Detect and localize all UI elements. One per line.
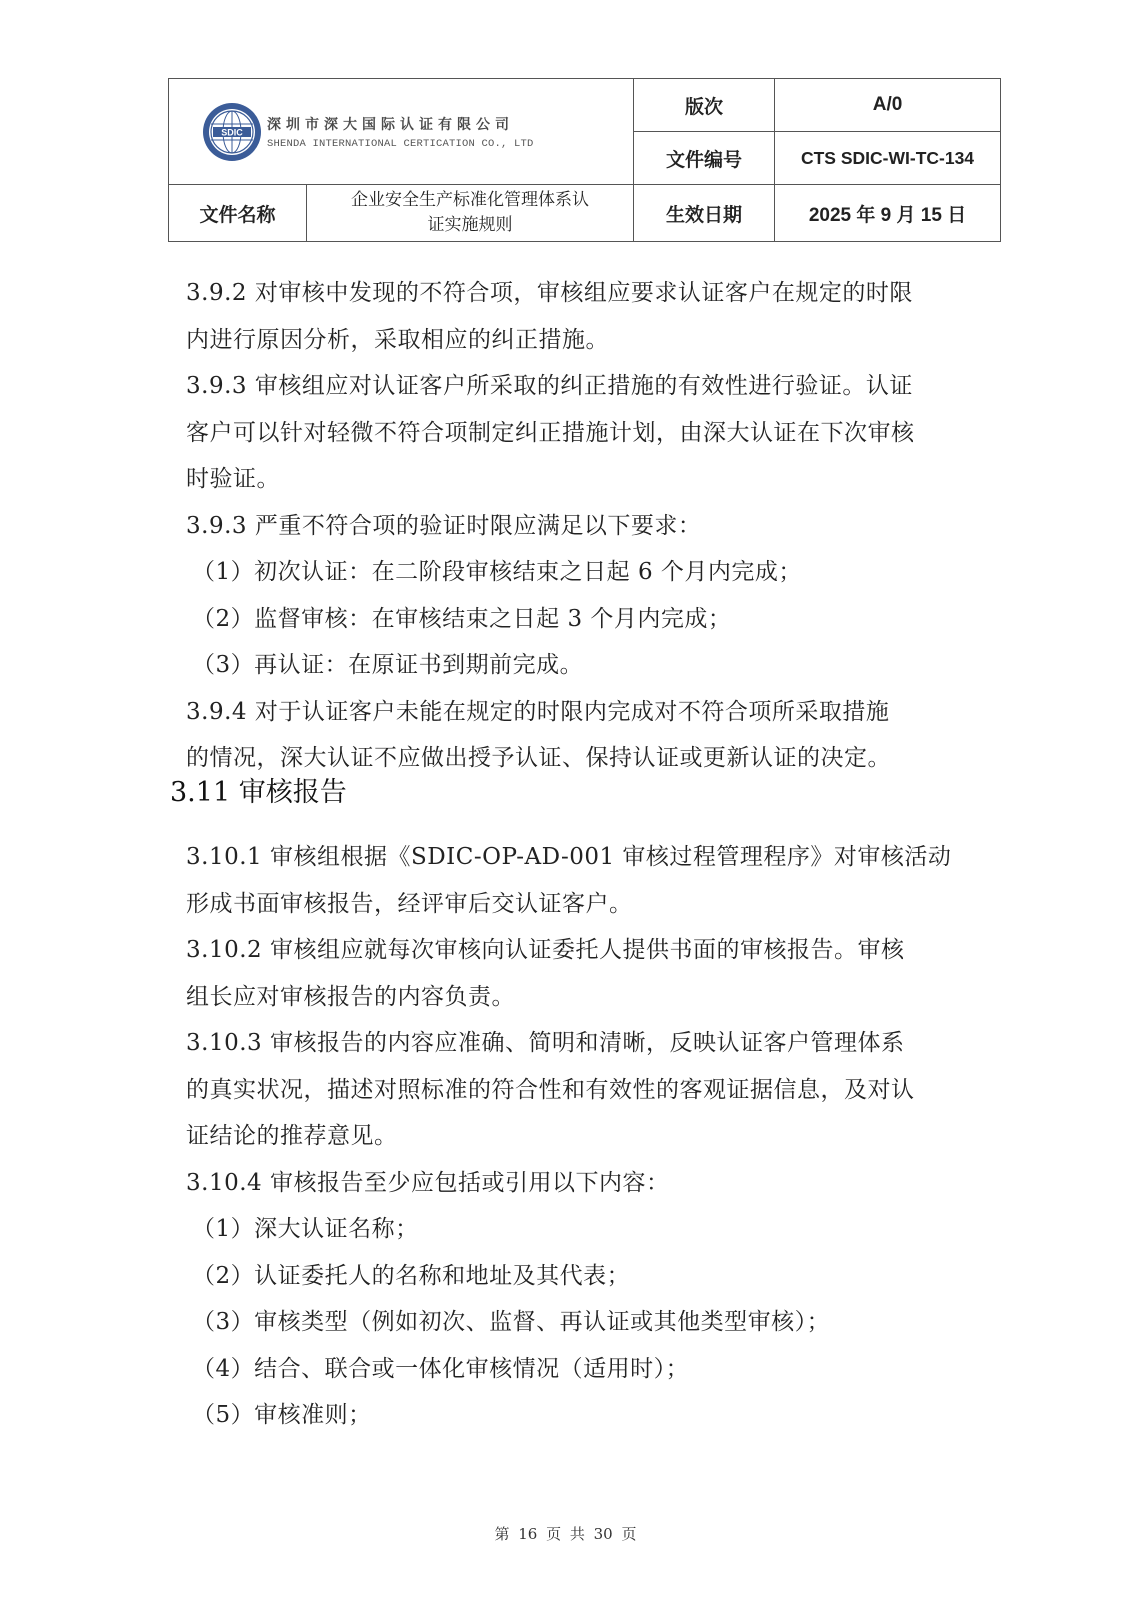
effective-date-label: 生效日期 — [634, 185, 775, 242]
paragraph: 内进行原因分析，采取相应的纠正措施。 — [186, 317, 986, 364]
doc-name-label: 文件名称 — [169, 185, 307, 242]
paragraph: 3.9.3 审核组应对认证客户所采取的纠正措施的有效性进行验证。认证 — [186, 363, 986, 410]
sdic-emblem-icon: SDIC — [201, 101, 263, 163]
paragraph: 组长应对审核报告的内容负责。 — [186, 974, 986, 1021]
company-logo: SDIC 深圳市深大国际认证有限公司 SHENDA INTERNATIONAL … — [169, 79, 633, 184]
paragraph: 3.10.3 审核报告的内容应准确、简明和清晰，反映认证客户管理体系 — [186, 1020, 986, 1067]
version-label: 版次 — [634, 79, 775, 132]
paragraph: 3.9.4 对于认证客户未能在规定的时限内完成对不符合项所采取措施 — [186, 689, 986, 736]
paragraph: 客户可以针对轻微不符合项制定纠正措施计划，由深大认证在下次审核 — [186, 410, 986, 457]
list-item: （3）再认证：在原证书到期前完成。 — [186, 642, 986, 689]
paragraph: 3.9.3 严重不符合项的验证时限应满足以下要求： — [186, 503, 986, 550]
paragraph: 3.10.4 审核报告至少应包括或引用以下内容： — [186, 1160, 986, 1207]
paragraph: 形成书面审核报告，经评审后交认证客户。 — [186, 881, 986, 928]
list-item: （3）审核类型（例如初次、监督、再认证或其他类型审核）； — [186, 1299, 986, 1346]
list-item: （4）结合、联合或一体化审核情况（适用时）； — [186, 1346, 986, 1393]
doc-name-line-2: 证实施规则 — [307, 213, 633, 238]
doc-name-line-1: 企业安全生产标准化管理体系认 — [307, 188, 633, 213]
list-item: （1）深大认证名称； — [186, 1206, 986, 1253]
company-name-cn: 深圳市深大国际认证有限公司 — [267, 114, 534, 134]
list-item: （2）监督审核：在审核结束之日起 3 个月内完成； — [186, 596, 986, 643]
doc-name-value: 企业安全生产标准化管理体系认 证实施规则 — [307, 185, 634, 242]
document-header-table: SDIC 深圳市深大国际认证有限公司 SHENDA INTERNATIONAL … — [168, 78, 1001, 242]
list-item: （2）认证委托人的名称和地址及其代表； — [186, 1253, 986, 1300]
list-item: （1）初次认证：在二阶段审核结束之日起 6 个月内完成； — [186, 549, 986, 596]
section-nonconformity-body: 3.9.2 对审核中发现的不符合项，审核组应要求认证客户在规定的时限 内进行原因… — [186, 270, 986, 782]
page-number-footer: 第 16 页 共 30 页 — [0, 1523, 1131, 1544]
paragraph: 时验证。 — [186, 456, 986, 503]
list-item: （5）审核准则； — [186, 1392, 986, 1439]
paragraph: 3.10.2 审核组应就每次审核向认证委托人提供书面的审核报告。审核 — [186, 927, 986, 974]
company-name-en: SHENDA INTERNATIONAL CERTICATION CO., LT… — [267, 138, 534, 150]
section-heading-audit-report: 3.11 审核报告 — [170, 770, 347, 809]
section-audit-report-body: 3.10.1 审核组根据《SDIC-OP-AD-001 审核过程管理程序》对审核… — [186, 834, 986, 1439]
company-logo-cell: SDIC 深圳市深大国际认证有限公司 SHENDA INTERNATIONAL … — [169, 79, 634, 185]
paragraph: 的真实状况，描述对照标准的符合性和有效性的客观证据信息，及对认 — [186, 1067, 986, 1114]
doc-number-value: CTS SDIC-WI-TC-134 — [775, 132, 1001, 185]
paragraph: 3.9.2 对审核中发现的不符合项，审核组应要求认证客户在规定的时限 — [186, 270, 986, 317]
doc-number-label: 文件编号 — [634, 132, 775, 185]
version-value: A/0 — [775, 79, 1001, 132]
effective-date-value: 2025 年 9 月 15 日 — [775, 185, 1001, 242]
svg-text:SDIC: SDIC — [221, 127, 243, 137]
paragraph: 证结论的推荐意见。 — [186, 1113, 986, 1160]
paragraph: 3.10.1 审核组根据《SDIC-OP-AD-001 审核过程管理程序》对审核… — [186, 834, 986, 881]
